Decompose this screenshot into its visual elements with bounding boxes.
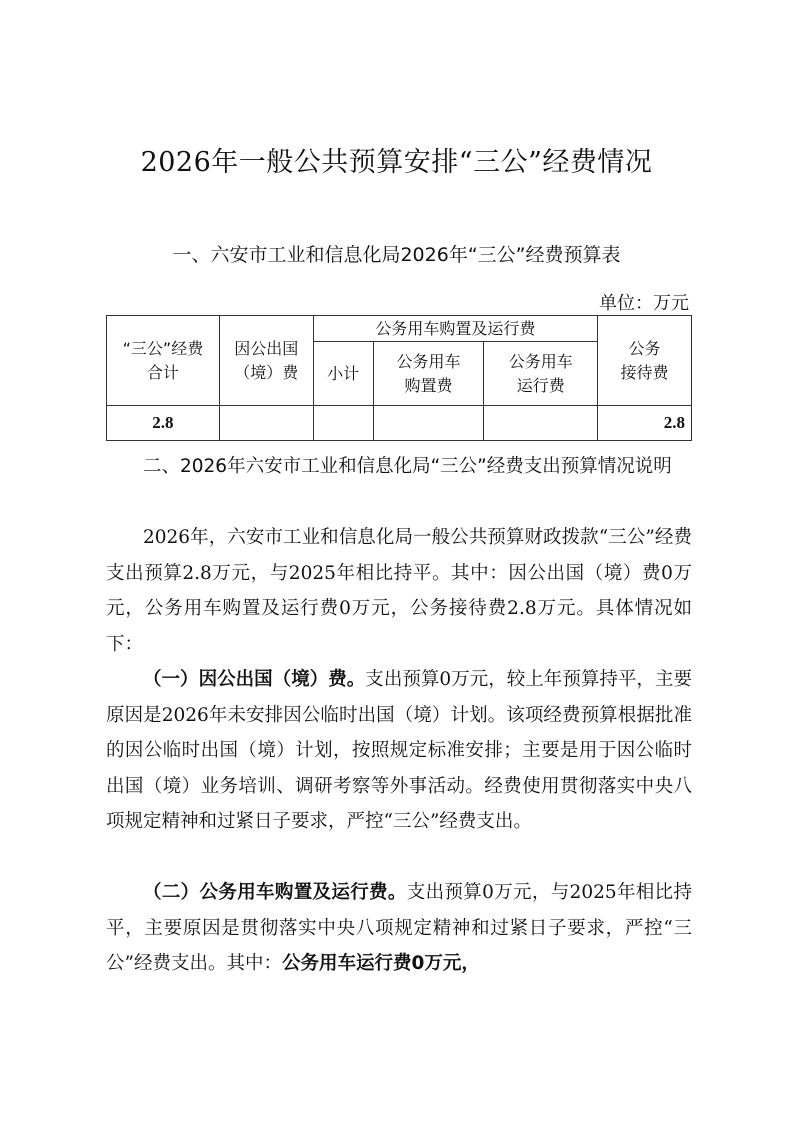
header-vehicle-operation-line1: 公务用车 — [484, 350, 597, 374]
header-vehicle-purchase-line2: 购置费 — [374, 374, 484, 398]
header-vehicle-operation: 公务用车 运行费 — [484, 342, 598, 406]
header-vehicle-subtotal: 小计 — [313, 342, 373, 406]
item1-paragraph: （一）因公出国（境）费。支出预算0万元，较上年预算持平，主要原因是2026年未安… — [106, 662, 692, 840]
item2-paragraph: （二）公务用车购置及运行费。支出预算0万元，与2025年相比持平，主要原因是贯彻… — [106, 875, 692, 982]
item1-heading: （一）因公出国（境）费。 — [143, 669, 365, 690]
item2-bold-tail: 公务用车运行费0万元， — [282, 953, 480, 974]
cell-vehicle-subtotal — [313, 406, 373, 441]
table-row: 2.8 2.8 — [107, 406, 692, 441]
header-total-line2: 合计 — [107, 361, 219, 385]
cell-vehicle-purchase — [373, 406, 484, 441]
item2-heading: （二）公务用车购置及运行费。 — [143, 882, 407, 903]
cell-total: 2.8 — [107, 406, 220, 441]
header-total-line1: “三公”经费 — [107, 337, 219, 361]
header-abroad-line2: （境）费 — [220, 361, 313, 385]
header-total: “三公”经费 合计 — [107, 316, 220, 406]
header-reception-line2: 接待费 — [598, 361, 691, 385]
page-title: 2026年一般公共预算安排“三公”经费情况 — [0, 140, 793, 179]
header-vehicle-purchase: 公务用车 购置费 — [373, 342, 484, 406]
header-vehicle-group: 公务用车购置及运行费 — [313, 316, 597, 342]
section2-title: 二、2026年六安市工业和信息化局“三公”经费支出预算情况说明 — [106, 449, 692, 485]
header-vehicle-operation-line2: 运行费 — [484, 374, 597, 398]
header-abroad: 因公出国 （境）费 — [219, 316, 313, 406]
item1-body: 支出预算0万元，较上年预算持平，主要原因是2026年未安排因公临时出国（境）计划… — [106, 669, 692, 832]
header-reception-line1: 公务 — [598, 337, 691, 361]
section1-title: 一、六安市工业和信息化局2026年“三公”经费预算表 — [0, 240, 793, 267]
cell-abroad — [219, 406, 313, 441]
table-header-row-1: “三公”经费 合计 因公出国 （境）费 公务用车购置及运行费 公务 接待费 — [107, 316, 692, 342]
unit-label: 单位：万元 — [599, 289, 689, 315]
cell-reception: 2.8 — [598, 406, 692, 441]
budget-table: “三公”经费 合计 因公出国 （境）费 公务用车购置及运行费 公务 接待费 小计… — [106, 315, 692, 441]
intro-paragraph: 2026年，六安市工业和信息化局一般公共预算财政拨款“三公”经费支出预算2.8万… — [106, 520, 692, 662]
cell-vehicle-operation — [484, 406, 598, 441]
header-reception: 公务 接待费 — [598, 316, 692, 406]
header-abroad-line1: 因公出国 — [220, 337, 313, 361]
header-vehicle-purchase-line1: 公务用车 — [374, 350, 484, 374]
